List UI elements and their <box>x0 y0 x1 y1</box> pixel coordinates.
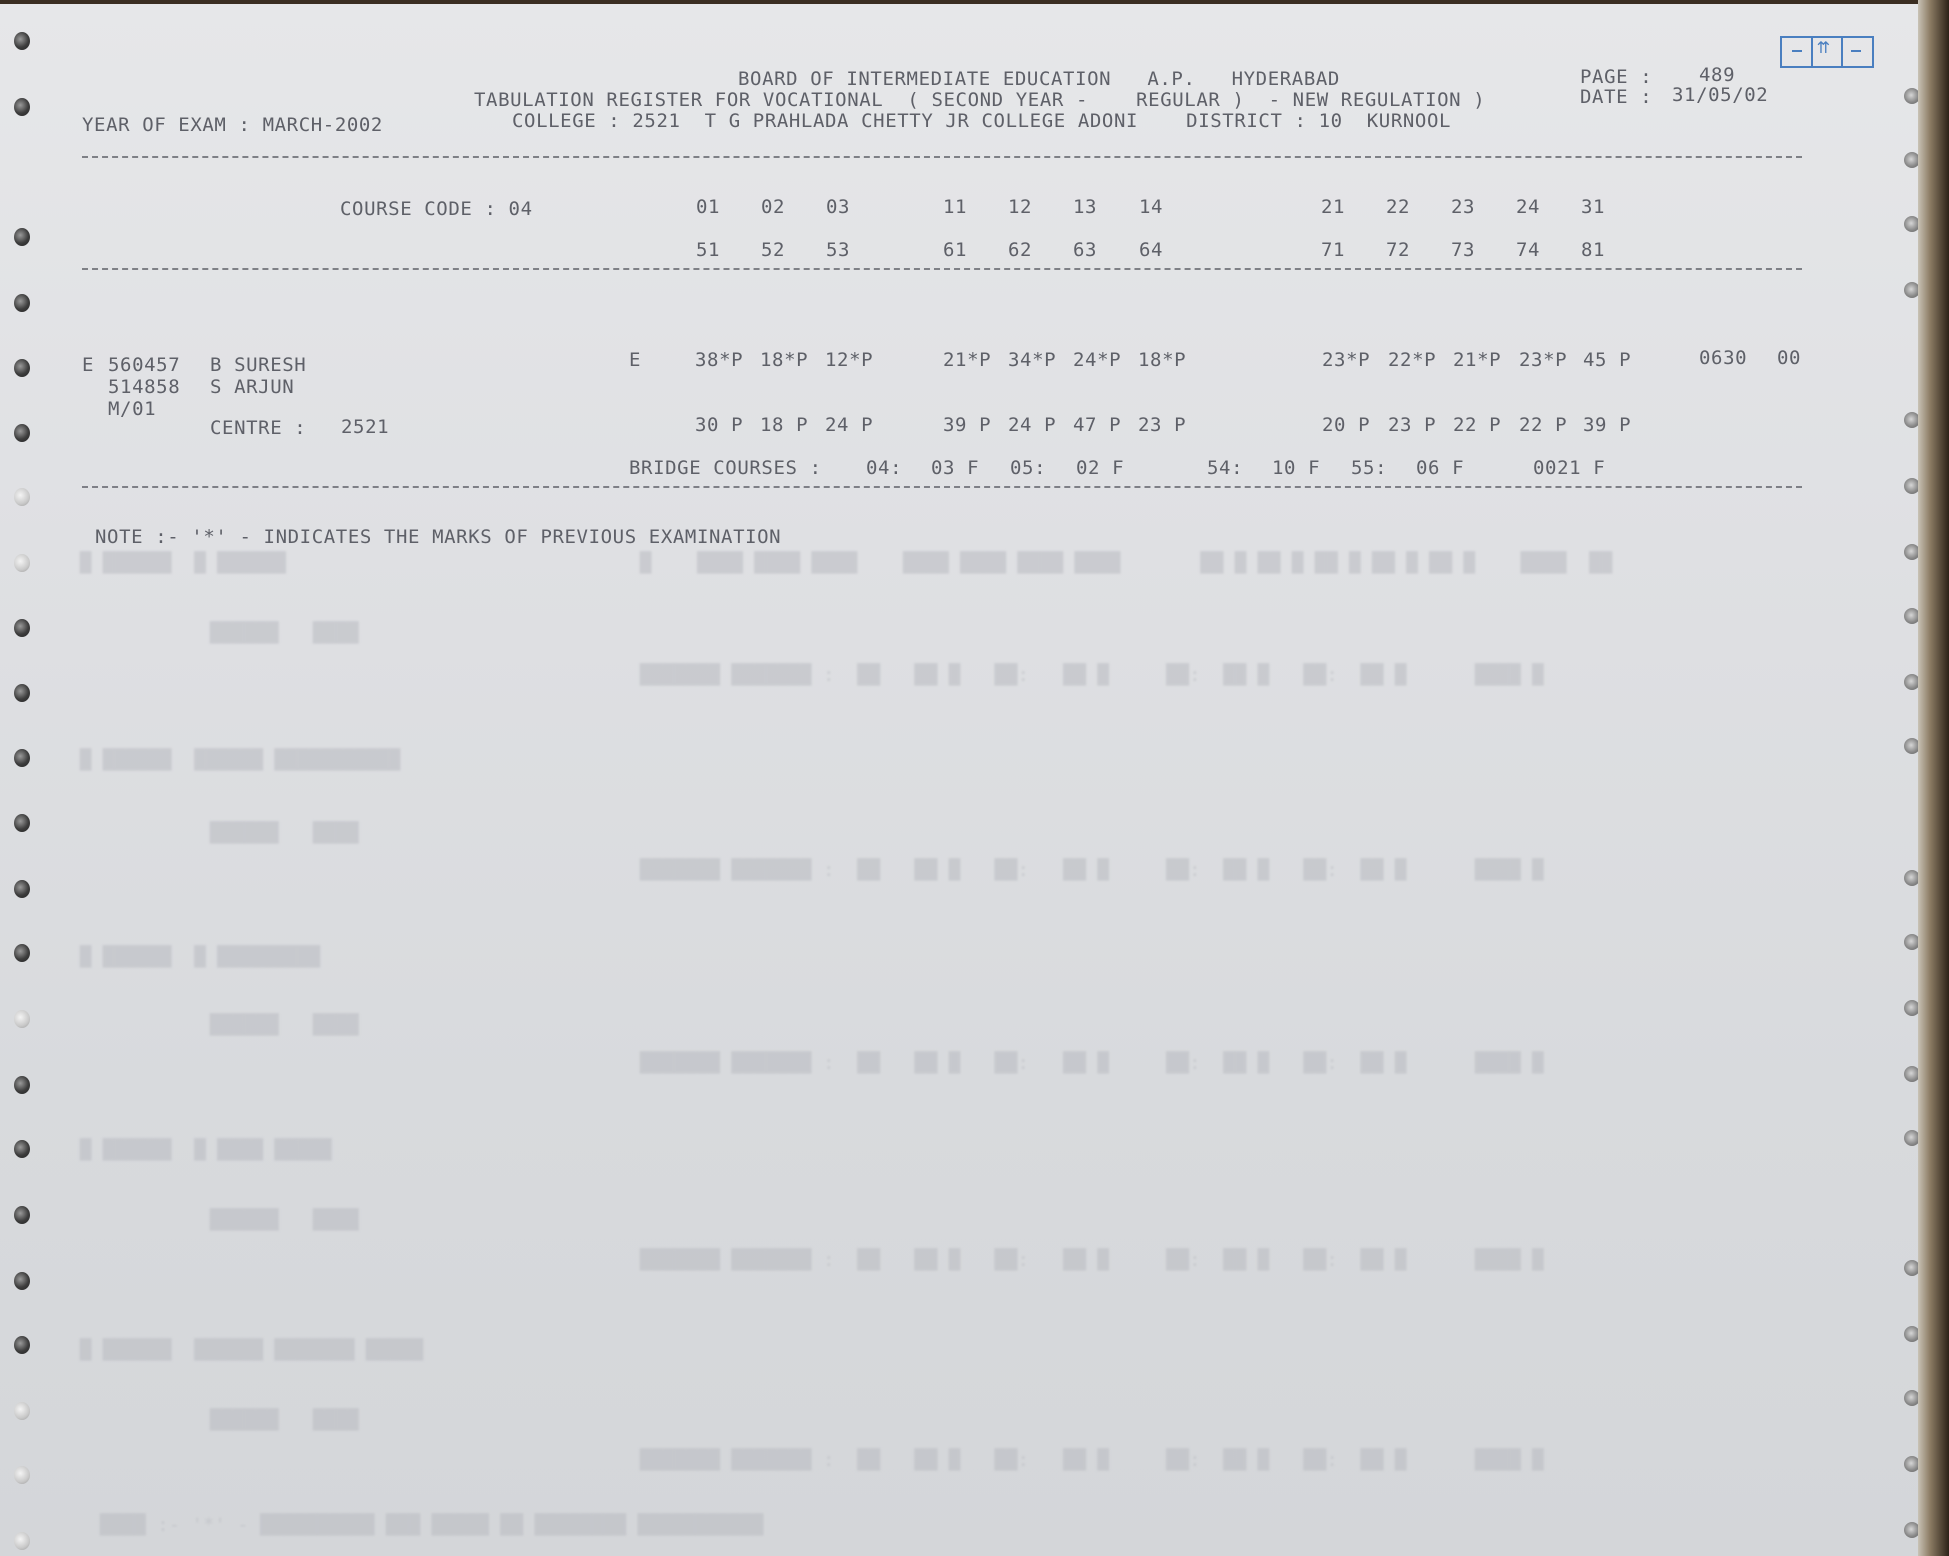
bridge-code: 04: <box>866 459 902 478</box>
course-col: 13 <box>1073 198 1097 217</box>
mark-cell: 18 P <box>760 416 808 435</box>
hall-ticket-number: 560457 <box>108 356 180 375</box>
previous-ticket-number: 514858 <box>108 378 180 397</box>
bridge-mark: 03 F <box>931 459 979 478</box>
mark-cell: 30 P <box>695 416 743 435</box>
student-name: B SURESH <box>210 356 306 375</box>
course-col: 72 <box>1386 241 1410 260</box>
course-col: 74 <box>1516 241 1540 260</box>
bridge-mark: 10 F <box>1272 459 1320 478</box>
centre-label: CENTRE : <box>210 419 306 438</box>
mark-cell: 39 P <box>1583 416 1631 435</box>
mark-cell: 22 P <box>1519 416 1567 435</box>
record-prefix: E <box>82 356 94 375</box>
mark-cell: 20 P <box>1322 416 1370 435</box>
bridge-label: BRIDGE COURSES : <box>629 459 822 478</box>
mark-cell: 18*P <box>760 351 808 370</box>
mark-cell: 12*P <box>825 351 873 370</box>
course-col: 21 <box>1321 198 1345 217</box>
result-code: 00 <box>1777 349 1801 368</box>
course-col: 14 <box>1139 198 1163 217</box>
course-col: 11 <box>943 198 967 217</box>
course-col: 23 <box>1451 198 1475 217</box>
centre-value: 2521 <box>341 418 389 437</box>
divider-record <box>82 486 1802 488</box>
divider-header <box>82 268 1802 270</box>
year-of-exam: YEAR OF EXAM : MARCH-2002 <box>82 116 383 135</box>
course-col: 02 <box>761 198 785 217</box>
grand-total: 0630 <box>1699 349 1747 368</box>
mark-cell: 24 P <box>825 416 873 435</box>
mark-cell: 22*P <box>1388 351 1436 370</box>
course-col: 01 <box>696 198 720 217</box>
bridge-total: 0021 F <box>1533 459 1605 478</box>
bridge-code: 05: <box>1010 459 1046 478</box>
course-col: 62 <box>1008 241 1032 260</box>
mark-cell: 38*P <box>695 351 743 370</box>
mark-cell: 22 P <box>1453 416 1501 435</box>
course-code-label: COURSE CODE : 04 <box>340 200 533 219</box>
mark-cell: 45 P <box>1583 351 1631 370</box>
printed-sheet: BOARD OF INTERMEDIATE EDUCATION A.P. HYD… <box>0 4 1918 1556</box>
course-col: 71 <box>1321 241 1345 260</box>
course-col: 64 <box>1139 241 1163 260</box>
mark-cell: 24 P <box>1008 416 1056 435</box>
mark-cell: 23 P <box>1138 416 1186 435</box>
mark-cell: 21*P <box>1453 351 1501 370</box>
course-col: 22 <box>1386 198 1410 217</box>
course-col: 24 <box>1516 198 1540 217</box>
father-name: S ARJUN <box>210 378 294 397</box>
date-label: DATE : <box>1580 88 1652 107</box>
course-col: 51 <box>696 241 720 260</box>
course-col: 61 <box>943 241 967 260</box>
mark-cell: 47 P <box>1073 416 1121 435</box>
medium-code: M/01 <box>108 400 156 419</box>
course-col: 12 <box>1008 198 1032 217</box>
course-col: 52 <box>761 241 785 260</box>
page-label: PAGE : <box>1580 68 1652 87</box>
footnote: NOTE :- '*' - INDICATES THE MARKS OF PRE… <box>95 528 781 547</box>
mark-cell: 39 P <box>943 416 991 435</box>
board-title: BOARD OF INTERMEDIATE EDUCATION A.P. HYD… <box>738 70 1340 89</box>
bridge-code: 55: <box>1351 459 1387 478</box>
bridge-mark: 02 F <box>1076 459 1124 478</box>
page-number: 489 <box>1699 66 1735 85</box>
register-title: TABULATION REGISTER FOR VOCATIONAL ( SEC… <box>474 91 1485 110</box>
course-col: 63 <box>1073 241 1097 260</box>
bridge-mark: 06 F <box>1416 459 1464 478</box>
course-col: 81 <box>1581 241 1605 260</box>
mark-cell: 23 P <box>1388 416 1436 435</box>
mark-cell: 34*P <box>1008 351 1056 370</box>
fold-arrow-logo-icon: ⇈ <box>1780 36 1874 68</box>
course-col: 03 <box>826 198 850 217</box>
paper-edge-shadow <box>1918 0 1949 1556</box>
mark-cell: 24*P <box>1073 351 1121 370</box>
mark-cell: 21*P <box>943 351 991 370</box>
college-line: COLLEGE : 2521 T G PRAHLADA CHETTY JR CO… <box>512 112 1451 131</box>
course-col: 53 <box>826 241 850 260</box>
mark-cell: 23*P <box>1322 351 1370 370</box>
mark-cell: 23*P <box>1519 351 1567 370</box>
bridge-code: 54: <box>1207 459 1243 478</box>
course-col: 31 <box>1581 198 1605 217</box>
mark-cell: 18*P <box>1138 351 1186 370</box>
course-col: 73 <box>1451 241 1475 260</box>
date-value: 31/05/02 <box>1672 86 1768 105</box>
divider-top <box>82 156 1802 158</box>
medium-indicator: E <box>629 351 641 370</box>
